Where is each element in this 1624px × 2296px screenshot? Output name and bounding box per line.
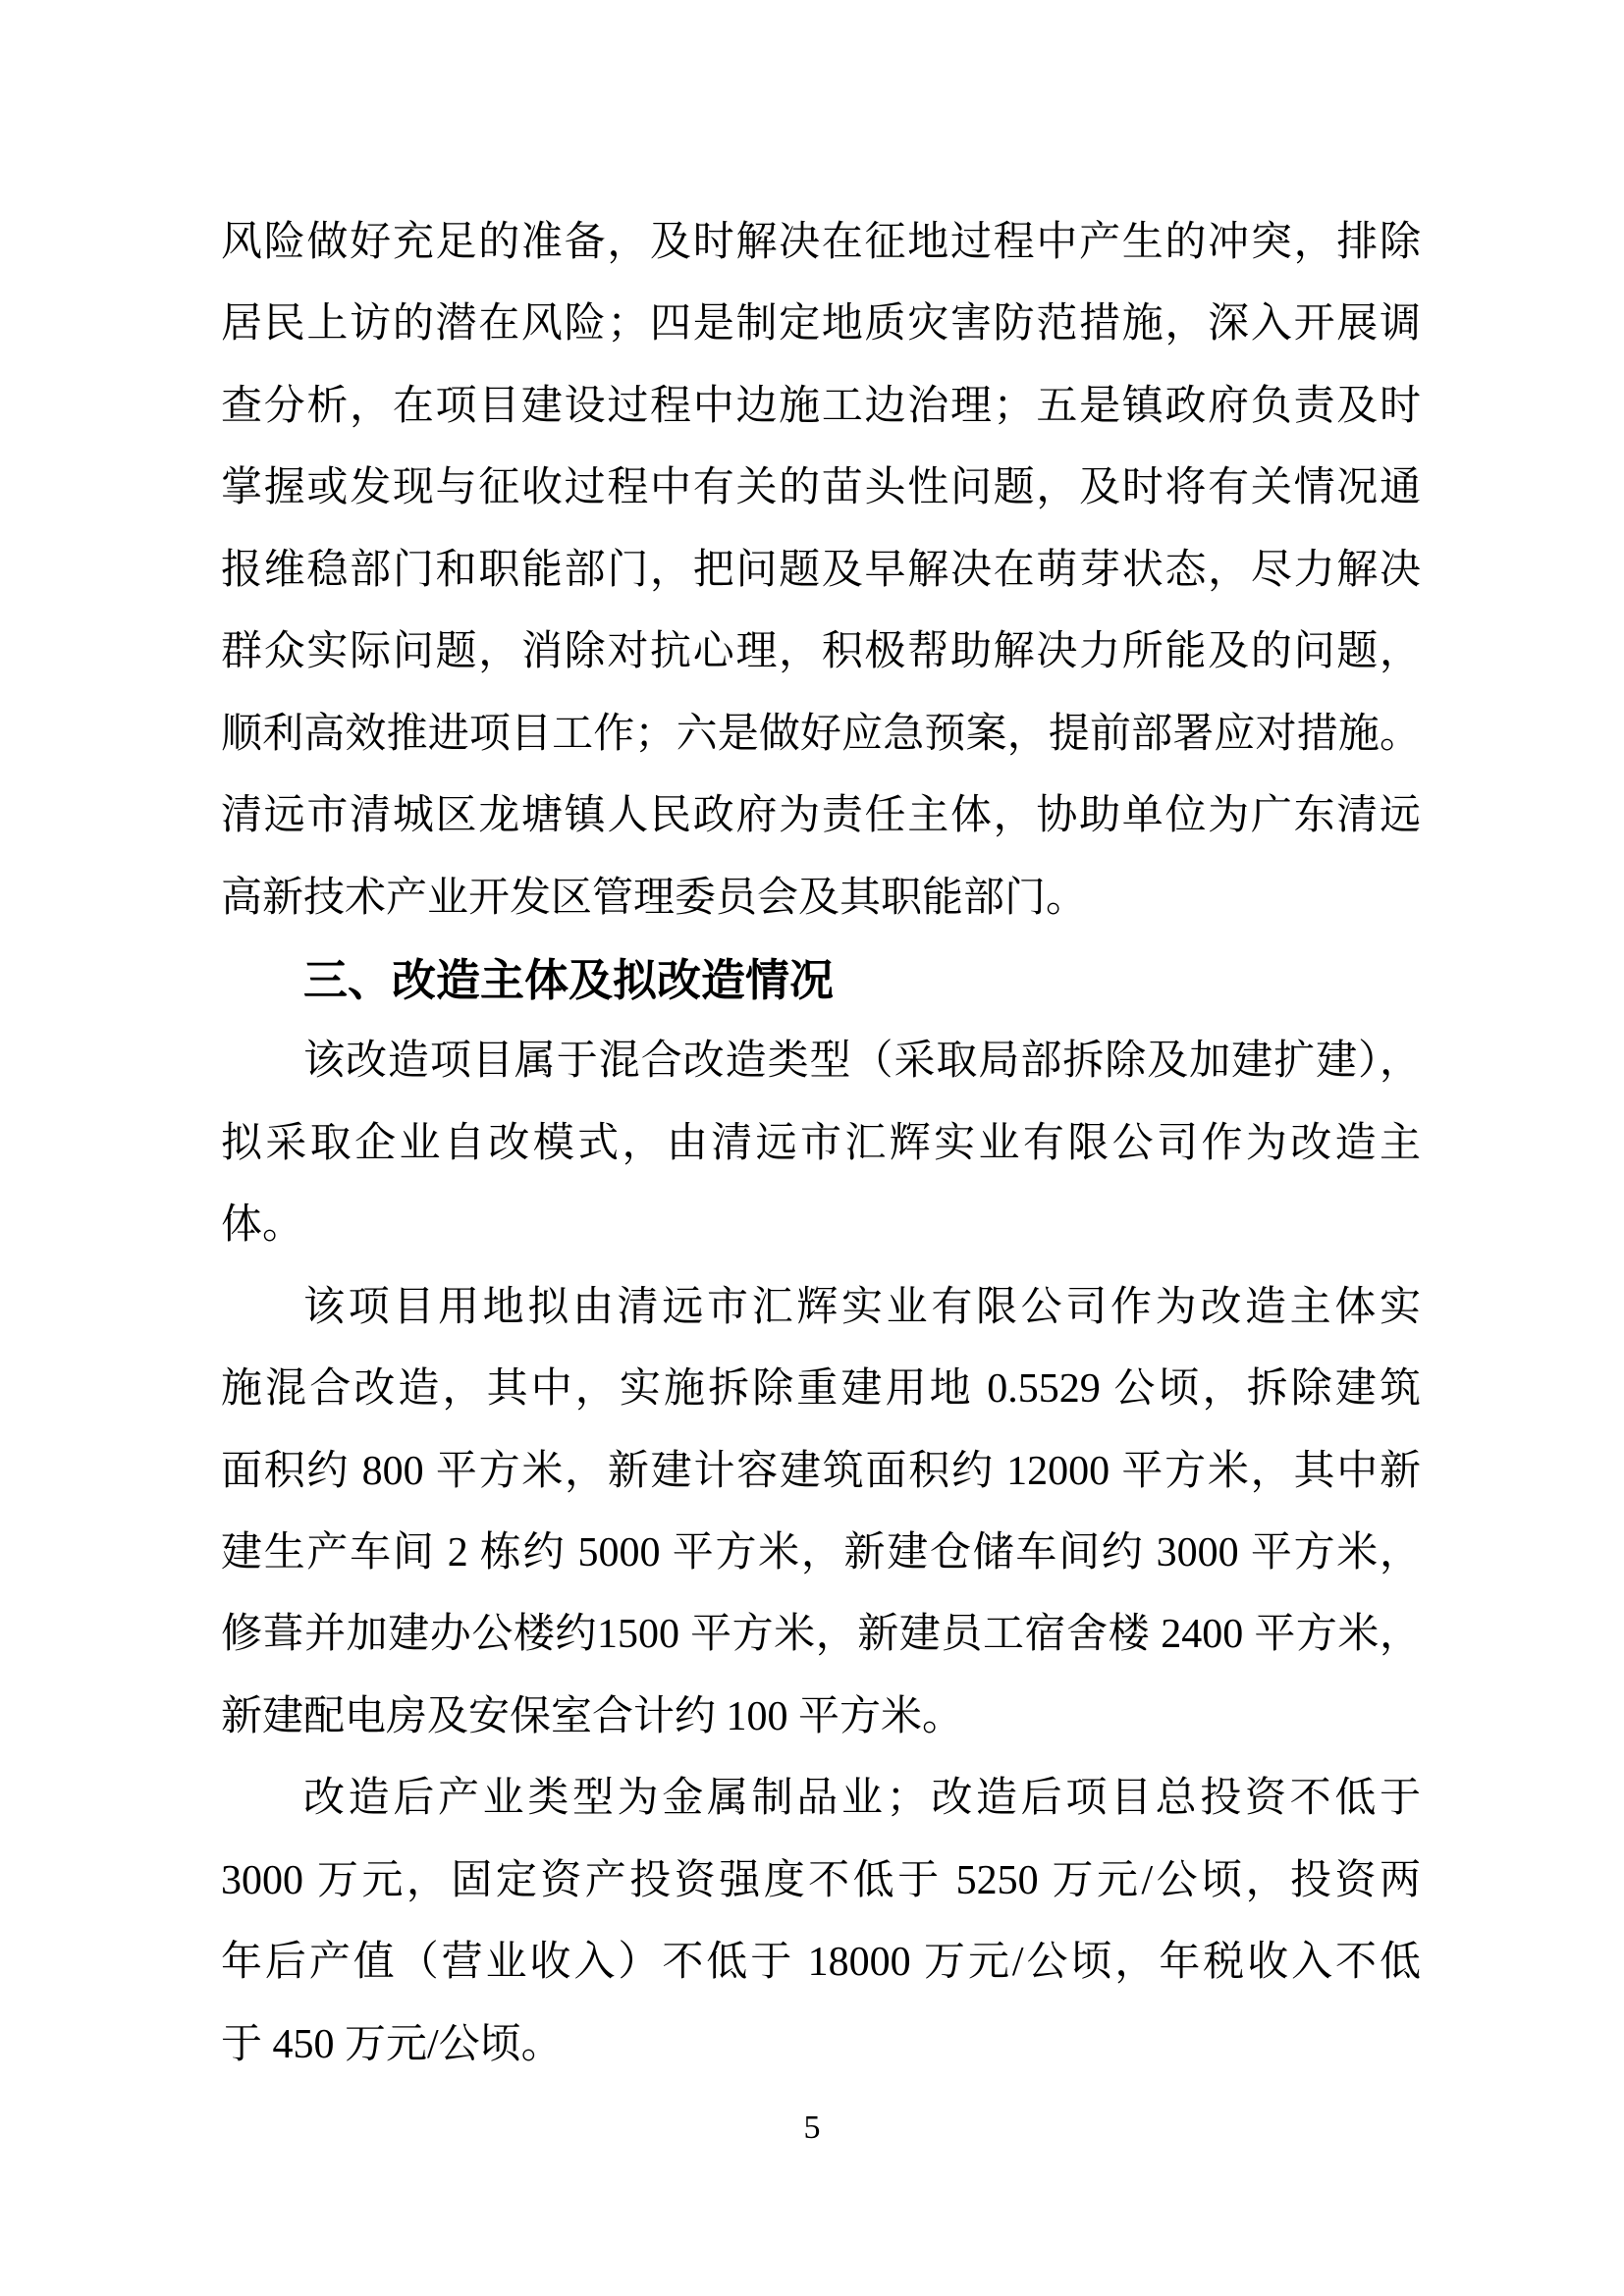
text-line: 该项目用地拟由清远市汇辉实业有限公司作为改造主体实	[221, 1267, 1421, 1349]
text-line: 拟采取企业自改模式，由清远市汇辉实业有限公司作为改造主	[221, 1103, 1421, 1185]
text-line: 该改造项目属于混合改造类型（采取局部拆除及加建扩建），	[221, 1021, 1421, 1102]
text-line: 掌握或发现与征收过程中有关的苗头性问题，及时将有关情况通	[221, 448, 1421, 529]
text-line: 体。	[221, 1185, 1421, 1266]
text-line: 清远市清城区龙塘镇人民政府为责任主体，协助单位为广东清远	[221, 775, 1421, 857]
text-line: 3000 万元，固定资产投资强度不低于 5250 万元/公顷，投资两	[221, 1841, 1421, 1922]
text-line: 顺利高效推进项目工作；六是做好应急预案，提前部署应对措施。	[221, 694, 1421, 775]
text-line: 新建配电房及安保室合计约 100 平方米。	[221, 1677, 1421, 1758]
text-line: 建生产车间 2 栋约 5000 平方米，新建仓储车间约 3000 平方米，	[221, 1513, 1421, 1594]
text-line: 施混合改造，其中，实施拆除重建用地 0.5529 公顷，拆除建筑	[221, 1349, 1421, 1430]
section-heading: 三、改造主体及拟改造情况	[221, 939, 1421, 1021]
text-line: 修葺并加建办公楼约1500 平方米，新建员工宿舍楼 2400 平方米，	[221, 1594, 1421, 1676]
text-line: 居民上访的潜在风险；四是制定地质灾害防范措施，深入开展调	[221, 284, 1421, 365]
text-line: 报维稳部门和职能部门，把问题及早解决在萌芽状态，尽力解决	[221, 530, 1421, 612]
text-line: 面积约 800 平方米，新建计容建筑面积约 12000 平方米，其中新	[221, 1431, 1421, 1513]
page-number: 5	[0, 2109, 1624, 2148]
document-page: 风险做好充足的准备，及时解决在征地过程中产生的冲突，排除居民上访的潜在风险；四是…	[0, 0, 1624, 2296]
text-line: 风险做好充足的准备，及时解决在征地过程中产生的冲突，排除	[221, 202, 1421, 284]
text-block: 风险做好充足的准备，及时解决在征地过程中产生的冲突，排除居民上访的潜在风险；四是…	[221, 202, 1421, 2086]
text-line: 高新技术产业开发区管理委员会及其职能部门。	[221, 858, 1421, 939]
text-line: 改造后产业类型为金属制品业；改造后项目总投资不低于	[221, 1758, 1421, 1840]
text-line: 查分析，在项目建设过程中边施工边治理；五是镇政府负责及时	[221, 366, 1421, 448]
text-line: 年后产值（营业收入）不低于 18000 万元/公顷，年税收入不低	[221, 1922, 1421, 2003]
text-line: 群众实际问题，消除对抗心理，积极帮助解决力所能及的问题，	[221, 612, 1421, 693]
text-line: 于 450 万元/公顷。	[221, 2004, 1421, 2086]
